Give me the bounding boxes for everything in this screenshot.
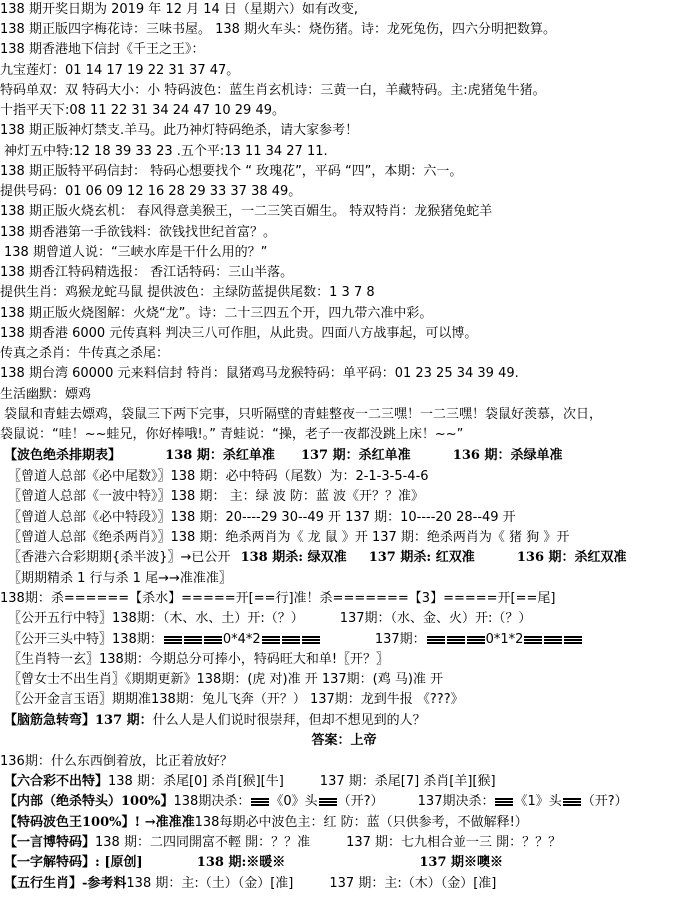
one-word-bet-137: 137 期：七九相合並一三 開：？？？ <box>346 835 561 850</box>
golden-words-line: 〖公开金言玉语〗期期准138期：兔儿飞奔（开？） 137期：龙到牛报 《???》 <box>8 690 464 710</box>
brain-teaser-label: 【脑筋急转弯】137 期： <box>4 713 153 728</box>
lamp-five-line: 神灯五中特:12 18 39 33 23 .五个平:13 11 34 27 11… <box>4 142 328 162</box>
five-zodiac-138: 138 期：主:（土）（金）[准] <box>126 876 293 891</box>
wave-kill-138: 138 期：杀红单准 <box>165 448 275 463</box>
block-bar-icon <box>495 798 513 806</box>
half-wave-136: 136 期：杀红双准 <box>517 550 627 565</box>
internal-kill-label: 【内部（绝杀特头）100%】 <box>4 794 174 809</box>
ten-fingers-line: 十指平天下:08 11 22 31 34 24 47 10 29 49。 <box>0 101 285 121</box>
wave-kill-137: 137 期：杀红单准 <box>301 448 411 463</box>
special-code-line: 特码单双：双 特码大小：小 特码波色：蓝生肖玄机诗：三黄一白，羊藏特码。主:虎猪… <box>0 81 546 101</box>
provided-zodiac-line: 提供生肖：鸡猴龙蛇马鼠 提供波色：主绿防蓝提供尾数：1 3 7 8 <box>0 283 375 303</box>
five-element-137: 137期：（水、金、火）开:（？） <box>340 611 532 626</box>
block-bar-icon <box>282 636 300 644</box>
internal-137-head: 《1》头 <box>514 794 561 809</box>
humor-title: 生活幽默：嫖鸡 <box>0 385 91 405</box>
brain-teaser-136: 136期：什么东西倒着放，比正着放好？ <box>0 752 233 772</box>
internal-138-label: 138期决杀： <box>174 794 251 809</box>
five-element-label: 〖公开五行中特〗 <box>8 611 112 626</box>
block-bar-icon <box>564 636 582 644</box>
xiangjiang-line: 138 期香江特码精选报： 香江话特码：三山半落。 <box>0 263 293 283</box>
half-wave-138: 138 期杀: 绿双准 <box>241 550 347 565</box>
wave-kill-136: 136 期：杀绿单准 <box>453 448 563 463</box>
internal-kill-line: 【内部（绝杀特头）100%】138期决杀：《0》头（开?） 137期决杀：《1》… <box>4 792 628 812</box>
block-bar-icon <box>262 636 280 644</box>
taiwan-envelope-line: 138 期台湾 60000 元来料信封 特肖：鼠猪鸡马龙猴特码：单平码：01 2… <box>0 364 519 384</box>
three-head-line: 〖公开三头中特〗138期：0*4*2 137期：0*1*2 <box>8 630 583 650</box>
half-wave-title: 〖香港六合彩期期{杀半波}〗→已公开 <box>8 550 230 565</box>
five-element-138: 138期：（木、水、土）开:（？） <box>112 611 304 626</box>
precise-kill-title: 〖期期精杀 1 行与杀 1 尾→→准准准〗 <box>8 569 232 589</box>
block-bar-icon <box>427 636 445 644</box>
zeng-tail-line: 〖曾道人总部《必中尾数》〗138 期：必中特码（尾数）为：2-1-3-5-4-6 <box>8 467 429 487</box>
wave-kill-title: 【波色绝杀排期表】 <box>4 448 121 463</box>
five-zodiac-label: 【五行生肖】-参考料 <box>4 876 126 891</box>
block-bar-icon <box>164 636 182 644</box>
first-hand-line: 138 期香港第一手欲钱料：欲钱找世纪首富？。 <box>0 223 276 243</box>
block-bar-icon <box>524 636 542 644</box>
one-char-label: 【一字解特码】: [原创] <box>4 855 143 870</box>
fire-mystery-line: 138 期正版火烧玄机： 春风得意美猴王，一二三笑百媚生。 特双特肖：龙猴猪兔蛇… <box>0 202 492 222</box>
zeng-two-zodiac-line: 〖曾道人总部《绝杀两肖》〗138 期：绝杀两肖为《 龙 鼠 》开 137 期：绝… <box>8 528 569 548</box>
zeng-wave-line: 〖曾道人总部《一波中特》〗138 期： 主：绿 波 防：蓝 波《开？？准》 <box>8 487 424 507</box>
ms-zeng-line: 〖曾女士不出生肖〗《期期更新》138期：(虎 对)准 开 137期：(鸡 马)准… <box>8 670 443 690</box>
fax-kill-line: 传真之杀肖：牛传真之杀尾： <box>0 344 169 364</box>
block-bar-icon <box>563 798 581 806</box>
flat-code-envelope-line: 138 期正版特平码信封： 特码心想要找个 “ 玫瑰花”，平码 “四”，本期：六… <box>0 162 462 182</box>
three-head-137-code: 0*1*2 <box>486 632 524 647</box>
wave-king-label: 【特码波色王100%】! →准准准 <box>4 815 195 830</box>
plum-poem-line: 138 期正版四字梅花诗：三味书屋。 138 期火车头：烧伤猪。诗：龙死兔伤，四… <box>0 20 556 40</box>
no-special-137: 137 期：杀尾[7] 杀肖[羊][猴] <box>320 774 496 789</box>
fire-diagram-line: 138 期正版火烧图解：火烧“龙”。诗：二十三四五个开，四九带六准中彩。 <box>0 304 432 324</box>
five-zodiac-line: 【五行生肖】-参考料138 期：主:（土）（金）[准]137 期：主:（木）（金… <box>4 874 496 897</box>
block-bar-icon <box>184 636 202 644</box>
one-word-bet-line: 【一言博特码】138 期：二四同開富不輕 開：？？准137 期：七九相合並一三 … <box>4 833 561 853</box>
internal-137-open: （开?） <box>582 794 628 809</box>
brain-teaser-question: 什么人是人们说时很崇拜，但却不想见到的人？ <box>153 713 426 728</box>
one-char-137: 137 期※噢※ <box>419 855 503 870</box>
no-special-label: 【六合彩不出特】 <box>4 774 108 789</box>
humor-text-2: 袋鼠说：“哇！~~蛙兄，你好棒哦!。” 青蛙说：“操，老子一夜都没跳上床！~~” <box>0 425 463 445</box>
internal-138-open: （开?） <box>338 794 384 809</box>
precise-kill-line: 138期：杀======【杀水】=====开[==行]准！杀=======【3】… <box>0 589 555 609</box>
three-head-138-code: 0*4*2 <box>223 632 261 647</box>
one-char-138: 138 期:※暖※ <box>197 855 285 870</box>
lamp-ban-line: 138 期正版神灯禁支.羊马。此乃神灯特码绝杀，请大家参考！ <box>0 121 358 141</box>
five-element-line: 〖公开五行中特〗138期：（木、水、土）开:（？）137期：（水、金、火）开:（… <box>8 609 531 629</box>
wave-king-text: 138每期必中波色主：红 防：蓝（只供参考，不做解释!） <box>195 815 528 830</box>
block-bar-icon <box>544 636 562 644</box>
half-wave-137: 137 期杀: 红双准 <box>369 550 475 565</box>
hk-fax-line: 138 期香港 6000 元传真料 判决三八可作胆，从此贵。四面八方战事起，可以… <box>0 324 477 344</box>
wave-kill-table: 【波色绝杀排期表】 138 期：杀红单准 137 期：杀红单准 136 期：杀绿… <box>4 446 562 466</box>
three-head-label: 〖公开三头中特〗 <box>8 632 112 647</box>
block-bar-icon <box>251 798 269 806</box>
internal-137-label: 137期决杀： <box>418 794 495 809</box>
three-head-137-label: 137期： <box>375 632 426 647</box>
no-special-138: 138 期：杀尾[0] 杀肖[猴][牛] <box>108 774 284 789</box>
draw-date-line: 138 期开奖日期为 2019 年 12 月 14 日（星期六）如有改变, <box>0 0 358 20</box>
three-head-138-label: 138期： <box>112 632 163 647</box>
humor-text-1: 袋鼠和青蛙去嫖鸡，袋鼠三下两下完事，只听隔壁的青蛙整夜一二三嘿！一二三嘿！袋鼠好… <box>4 405 602 425</box>
lotus-lamp-line: 九宝莲灯：01 14 17 19 22 31 37 47。 <box>0 61 239 81</box>
zeng-segment-line: 〖曾道人总部《必中特段》〗138 期：20----29 30--49 开 137… <box>8 508 516 528</box>
one-word-bet-label: 【一言博特码】 <box>4 835 95 850</box>
five-zodiac-137: 137 期：主:（木）（金）[准] <box>329 876 496 891</box>
block-bar-icon <box>204 636 222 644</box>
provided-numbers-line: 提供号码：01 06 09 12 16 28 29 33 37 38 49。 <box>0 182 301 202</box>
no-special-line: 【六合彩不出特】138 期：杀尾[0] 杀肖[猴][牛]137 期：杀尾[7] … <box>4 772 496 792</box>
brain-teaser-answer: 答案：上帝 <box>0 731 688 751</box>
internal-138-head: 《0》头 <box>270 794 317 809</box>
half-wave-line: 〖香港六合彩期期{杀半波}〗→已公开 138 期杀: 绿双准 137 期杀: 红… <box>8 548 627 568</box>
brain-teaser-line: 【脑筋急转弯】137 期：什么人是人们说时很崇拜，但却不想见到的人？ <box>4 711 426 731</box>
block-bar-icon <box>467 636 485 644</box>
one-word-bet-138: 138 期：二四同開富不輕 開：？？准 <box>95 835 310 850</box>
wave-king-line: 【特码波色王100%】! →准准准138每期必中波色主：红 防：蓝（只供参考，不… <box>4 813 528 833</box>
zodiac-mystery-line: 〖生肖特一玄〗138期：今期总分可捧小，特码旺大和单!〖开？〗 <box>8 650 389 670</box>
block-bar-icon <box>302 636 320 644</box>
hk-envelope-line: 138 期香港地下信封《千王之王》： <box>0 40 204 60</box>
one-char-line: 【一字解特码】: [原创] 138 期:※暖※ 137 期※噢※ <box>4 853 503 873</box>
zeng-says-line: 138 期曾道人说：“三峡水库是干什么用的？” <box>4 243 267 263</box>
block-bar-icon <box>447 636 465 644</box>
block-bar-icon <box>319 798 337 806</box>
